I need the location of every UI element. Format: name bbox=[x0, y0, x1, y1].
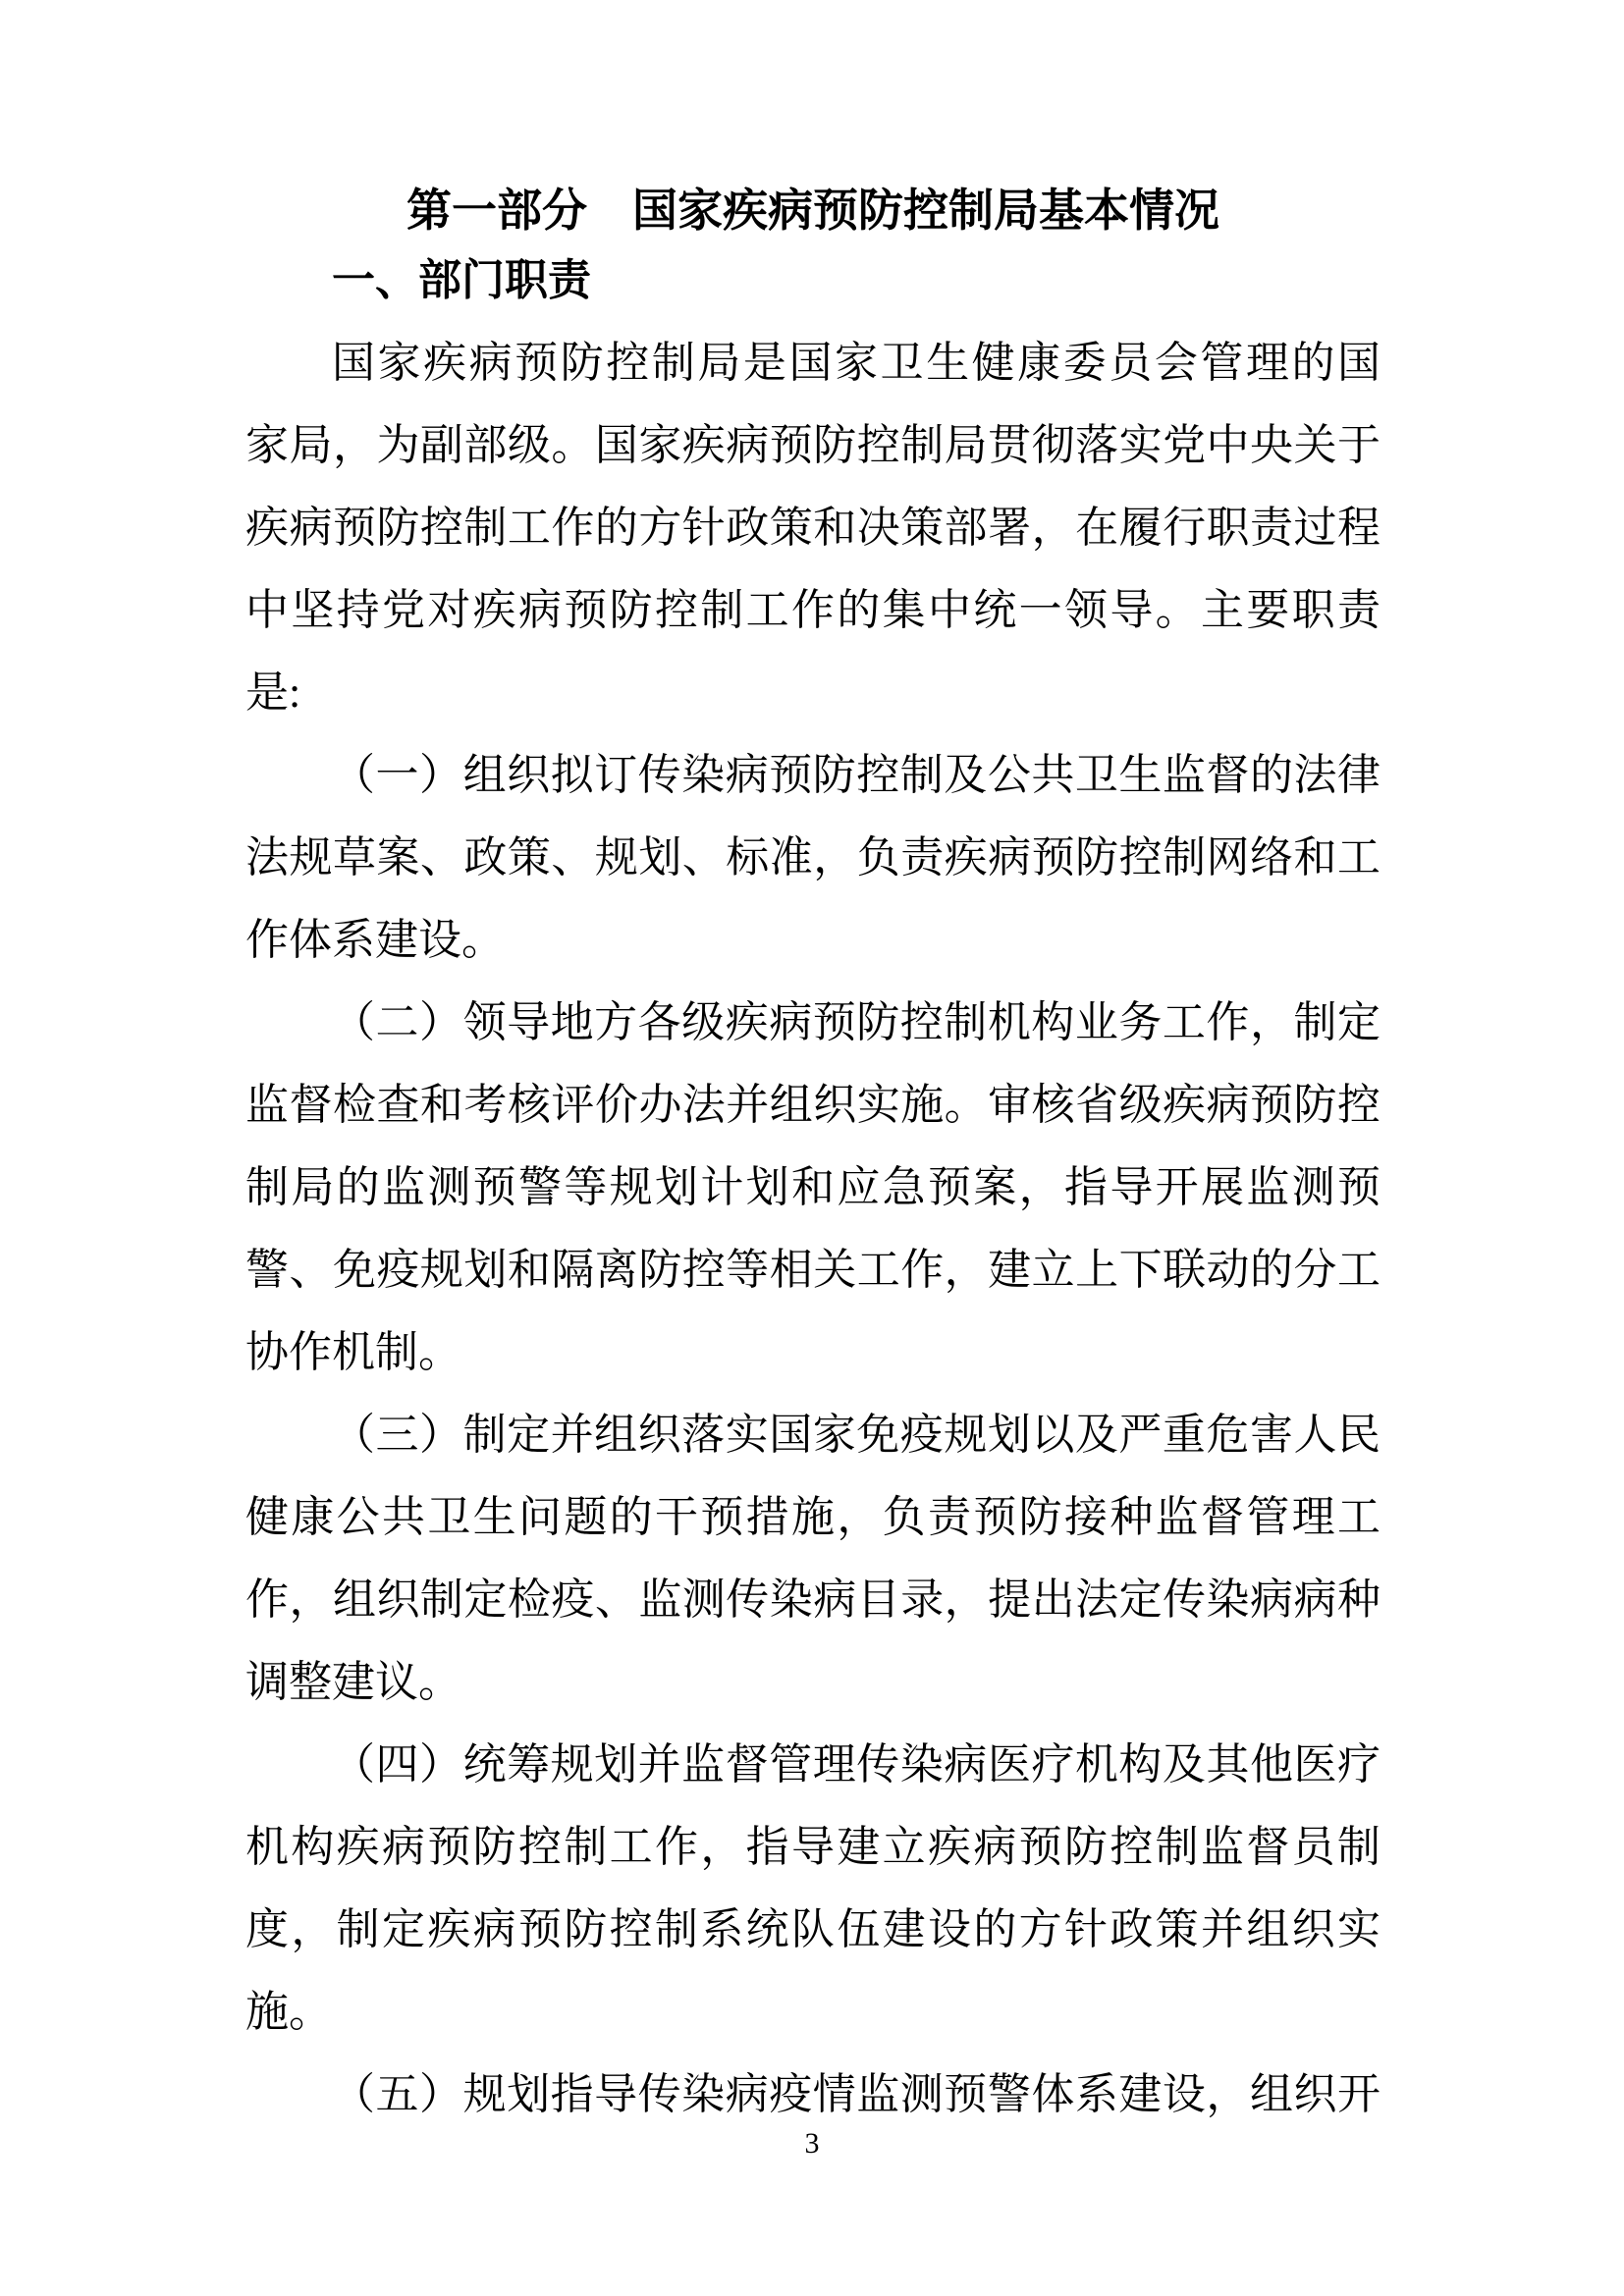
body-line: 施。 bbox=[245, 1971, 1380, 2054]
paragraph-4: （三）制定并组织落实国家免疫规划以及严重危害人民健康公共卫生问题的干预措施，负责… bbox=[245, 1394, 1380, 1724]
document-page: 第一部分 国家疾病预防控制局基本情况 一、部门职责 国家疾病预防控制局是国家卫生… bbox=[0, 0, 1624, 2296]
section-heading: 一、部门职责 bbox=[245, 240, 1380, 322]
page-number: 3 bbox=[0, 2122, 1624, 2165]
body-line: 制局的监测预警等规划计划和应急预案，指导开展监测预 bbox=[245, 1147, 1380, 1229]
body-line: （四）统筹规划并监督管理传染病医疗机构及其他医疗 bbox=[245, 1724, 1380, 1806]
body-line: 监督检查和考核评价办法并组织实施。审核省级疾病预防控 bbox=[245, 1064, 1380, 1147]
body-line: 作体系建设。 bbox=[245, 899, 1380, 982]
body-line: 协作机制。 bbox=[245, 1311, 1380, 1394]
body-line: 中坚持党对疾病预防控制工作的集中统一领导。主要职责 bbox=[245, 569, 1380, 652]
body-line: 调整建议。 bbox=[245, 1641, 1380, 1724]
document-content: 第一部分 国家疾病预防控制局基本情况 一、部门职责 国家疾病预防控制局是国家卫生… bbox=[245, 157, 1380, 2136]
body-line: 警、免疫规划和隔离防控等相关工作，建立上下联动的分工 bbox=[245, 1229, 1380, 1311]
body-line: （二）领导地方各级疾病预防控制机构业务工作，制定 bbox=[245, 982, 1380, 1064]
body-line: 机构疾病预防控制工作，指导建立疾病预防控制监督员制 bbox=[245, 1806, 1380, 1889]
body-line: 国家疾病预防控制局是国家卫生健康委员会管理的国 bbox=[245, 322, 1380, 404]
body-line: 家局，为副部级。国家疾病预防控制局贯彻落实党中央关于 bbox=[245, 404, 1380, 487]
paragraph-1: 国家疾病预防控制局是国家卫生健康委员会管理的国家局，为副部级。国家疾病预防控制局… bbox=[245, 322, 1380, 734]
body-line: 是: bbox=[245, 652, 1380, 734]
paragraph-2: （一）组织拟订传染病预防控制及公共卫生监督的法律法规草案、政策、规划、标准，负责… bbox=[245, 734, 1380, 982]
document-body: 国家疾病预防控制局是国家卫生健康委员会管理的国家局，为副部级。国家疾病预防控制局… bbox=[245, 322, 1380, 2136]
body-line: （三）制定并组织落实国家免疫规划以及严重危害人民 bbox=[245, 1394, 1380, 1476]
body-line: 疾病预防控制工作的方针政策和决策部署，在履行职责过程 bbox=[245, 487, 1380, 569]
body-line: 健康公共卫生问题的干预措施，负责预防接种监督管理工 bbox=[245, 1476, 1380, 1559]
body-line: 度，制定疾病预防控制系统队伍建设的方针政策并组织实 bbox=[245, 1889, 1380, 1971]
body-line: 法规草案、政策、规划、标准，负责疾病预防控制网络和工 bbox=[245, 817, 1380, 899]
body-line: 作，组织制定检疫、监测传染病目录，提出法定传染病病种 bbox=[245, 1559, 1380, 1641]
paragraph-5: （四）统筹规划并监督管理传染病医疗机构及其他医疗机构疾病预防控制工作，指导建立疾… bbox=[245, 1724, 1380, 2054]
document-title: 第一部分 国家疾病预防控制局基本情况 bbox=[245, 169, 1380, 251]
body-line: （一）组织拟订传染病预防控制及公共卫生监督的法律 bbox=[245, 734, 1380, 817]
paragraph-3: （二）领导地方各级疾病预防控制机构业务工作，制定监督检查和考核评价办法并组织实施… bbox=[245, 982, 1380, 1394]
